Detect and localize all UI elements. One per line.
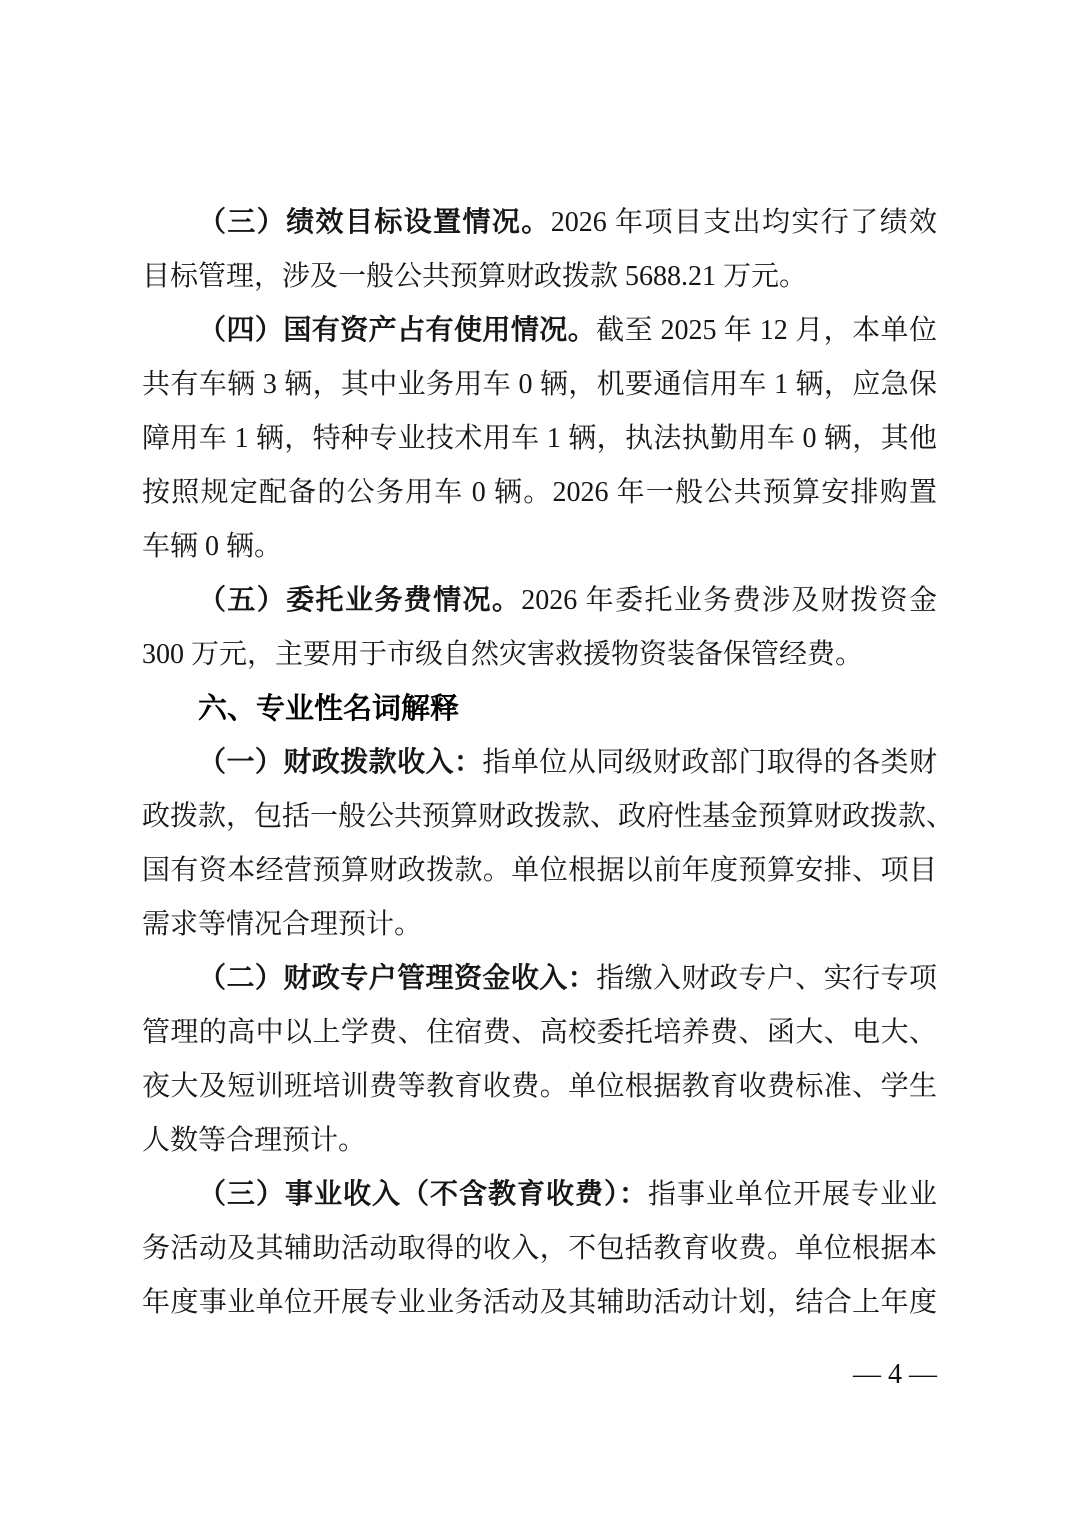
page-number-label: — 4 — xyxy=(853,1359,937,1390)
document-page: （三）绩效目标设置情况。2026 年项目支出均实行了绩效目标管理，涉及一般公共预… xyxy=(0,0,1074,1520)
text-line: 目标管理，涉及一般公共预算财政拨款 5688.21 万元。 xyxy=(142,250,937,304)
line-text: 2026 年委托业务费涉及财拨资金 xyxy=(521,585,937,616)
text-line: 按照规定配备的公务用车 0 辆。2026 年一般公共预算安排购置 xyxy=(142,466,937,520)
text-line: 管理的高中以上学费、住宿费、高校委托培养费、函大、电大、 xyxy=(142,1006,937,1060)
text-line: （三）绩效目标设置情况。2026 年项目支出均实行了绩效 xyxy=(142,196,937,250)
paragraph-lead: （三）绩效目标设置情况。 xyxy=(198,207,551,238)
text-line: 国有资本经营预算财政拨款。单位根据以前年度预算安排、项目 xyxy=(142,844,937,898)
line-text: 国有资本经营预算财政拨款。单位根据以前年度预算安排、项目 xyxy=(142,855,937,886)
section-heading-label: 六、专业性名词解释 xyxy=(198,693,459,725)
line-text: 指缴入财政专户、实行专项 xyxy=(596,963,937,994)
document-body: （三）绩效目标设置情况。2026 年项目支出均实行了绩效目标管理，涉及一般公共预… xyxy=(142,196,937,1330)
text-line: （一）财政拨款收入：指单位从同级财政部门取得的各类财 xyxy=(142,736,937,790)
line-text: 障用车 1 辆，特种专业技术用车 1 辆，执法执勤用车 0 辆，其他 xyxy=(142,423,937,454)
line-text: 指事业单位开展专业业 xyxy=(648,1179,937,1210)
text-line: 障用车 1 辆，特种专业技术用车 1 辆，执法执勤用车 0 辆，其他 xyxy=(142,412,937,466)
line-text: 夜大及短训班培训费等教育收费。单位根据教育收费标准、学生 xyxy=(142,1071,937,1102)
text-line: 务活动及其辅助活动取得的收入，不包括教育收费。单位根据本 xyxy=(142,1222,937,1276)
text-line: 300 万元，主要用于市级自然灾害救援物资装备保管经费。 xyxy=(142,628,937,682)
paragraph-lead: （一）财政拨款收入： xyxy=(198,747,482,778)
text-line: 年度事业单位开展专业业务活动及其辅助活动计划，结合上年度 xyxy=(142,1276,937,1330)
page-footer: — 4 — xyxy=(142,1348,937,1402)
text-line: 政拨款，包括一般公共预算财政拨款、政府性基金预算财政拨款、 xyxy=(142,790,937,844)
section-heading: 六、专业性名词解释 xyxy=(142,682,937,736)
text-line: 夜大及短训班培训费等教育收费。单位根据教育收费标准、学生 xyxy=(142,1060,937,1114)
text-line: 共有车辆 3 辆，其中业务用车 0 辆，机要通信用车 1 辆，应急保 xyxy=(142,358,937,412)
text-line: （二）财政专户管理资金收入：指缴入财政专户、实行专项 xyxy=(142,952,937,1006)
paragraph-lead: （五）委托业务费情况。 xyxy=(198,585,521,616)
line-text: 2026 年项目支出均实行了绩效 xyxy=(551,207,937,238)
text-line: 需求等情况合理预计。 xyxy=(142,898,937,952)
line-text: 目标管理，涉及一般公共预算财政拨款 5688.21 万元。 xyxy=(142,261,807,292)
line-text: 车辆 0 辆。 xyxy=(142,531,282,562)
text-line: 人数等合理预计。 xyxy=(142,1114,937,1168)
line-text: 管理的高中以上学费、住宿费、高校委托培养费、函大、电大、 xyxy=(142,1017,937,1048)
line-text: 人数等合理预计。 xyxy=(142,1125,366,1156)
line-text: 截至 2025 年 12 月，本单位 xyxy=(596,315,937,346)
text-line: （五）委托业务费情况。2026 年委托业务费涉及财拨资金 xyxy=(142,574,937,628)
line-text: 需求等情况合理预计。 xyxy=(142,909,422,940)
text-line: （四）国有资产占有使用情况。截至 2025 年 12 月，本单位 xyxy=(142,304,937,358)
line-text: 政拨款，包括一般公共预算财政拨款、政府性基金预算财政拨款、 xyxy=(142,801,954,832)
paragraph-lead: （四）国有资产占有使用情况。 xyxy=(198,315,596,346)
line-text: 按照规定配备的公务用车 0 辆。2026 年一般公共预算安排购置 xyxy=(142,477,937,508)
line-text: 务活动及其辅助活动取得的收入，不包括教育收费。单位根据本 xyxy=(142,1233,937,1264)
line-text: 共有车辆 3 辆，其中业务用车 0 辆，机要通信用车 1 辆，应急保 xyxy=(142,369,937,400)
text-line: （三）事业收入（不含教育收费）：指事业单位开展专业业 xyxy=(142,1168,937,1222)
paragraph-lead: （三）事业收入（不含教育收费）： xyxy=(198,1179,648,1210)
line-text: 指单位从同级财政部门取得的各类财 xyxy=(482,747,937,778)
line-text: 年度事业单位开展专业业务活动及其辅助活动计划，结合上年度 xyxy=(142,1287,937,1318)
line-text: 300 万元，主要用于市级自然灾害救援物资装备保管经费。 xyxy=(142,639,863,670)
paragraph-lead: （二）财政专户管理资金收入： xyxy=(198,963,596,994)
text-line: 车辆 0 辆。 xyxy=(142,520,937,574)
